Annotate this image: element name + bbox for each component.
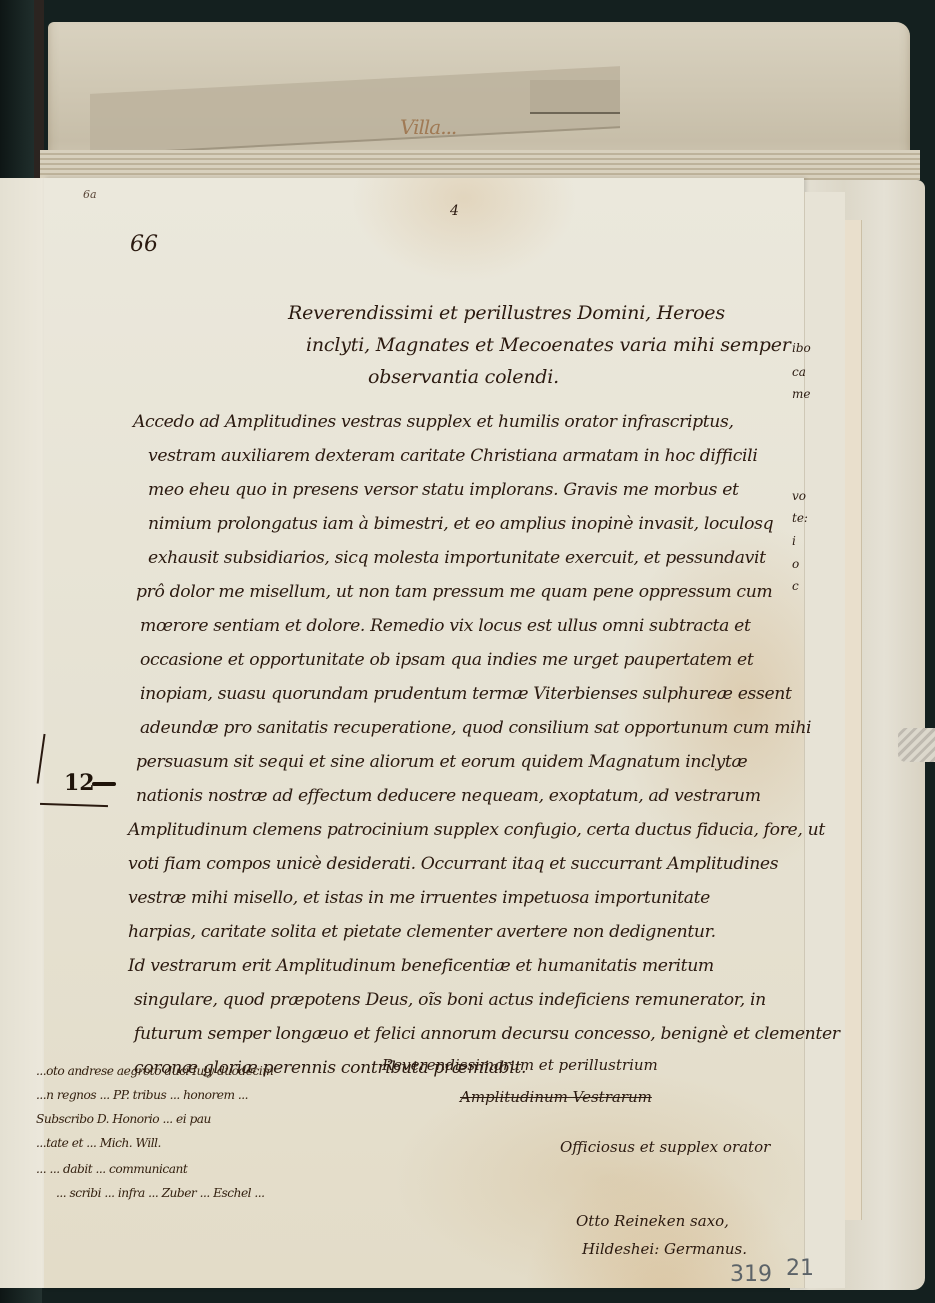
closing-line-1: Reverendissimarum et perillustrium — [382, 1056, 658, 1074]
marginal-note-line: ...n regnos ... PP. tribus ... honorem .… — [36, 1088, 248, 1102]
body-line: exhausit subsidiarios, sicq molesta impo… — [148, 548, 766, 568]
archive-stamp-number: 21 — [786, 1256, 814, 1281]
body-line: meo eheu quo in presens versor statu imp… — [148, 480, 739, 500]
closing-line-3: Officiosus et supplex orator — [560, 1138, 770, 1156]
margin-number: 12 — [64, 770, 95, 796]
margin-dash — [92, 782, 116, 786]
body-line: singulare, quod præpotens Deus, oĩs boni… — [134, 990, 766, 1010]
closing-line-2: Amplitudinum Vestrarum — [460, 1088, 652, 1106]
body-line: occasione et opportunitate ob ipsam qua … — [140, 650, 753, 670]
body-line: prô dolor me misellum, ut non tam pressu… — [136, 582, 772, 602]
body-line: adeundæ pro sanitatis recuperatione, quo… — [140, 718, 811, 738]
corner-mark: 6a — [83, 188, 97, 201]
page-edges — [40, 150, 920, 180]
body-line: nimium prolongatus iam à bimestri, et eo… — [148, 514, 773, 534]
body-line: futurum semper longæuo et felici annorum… — [134, 1024, 840, 1044]
signature-name: Otto Reineken saxo, — [576, 1212, 729, 1230]
marginal-note-line: ...oto andrese aegroto duci Iuly duodeci… — [36, 1064, 273, 1078]
body-line: mœrore sentiam et dolore. Remedio vix lo… — [140, 616, 751, 636]
margin-fragment: ibo — [792, 342, 811, 354]
body-line: vestram auxiliarem dexteram caritate Chr… — [148, 446, 757, 466]
stack-label: Villa... — [400, 115, 456, 139]
torn-fold-piece — [530, 80, 620, 114]
body-line: Id vestrarum erit Amplitudinum beneficen… — [128, 956, 714, 976]
body-line: Amplitudinum clemens patrocinium supplex… — [128, 820, 825, 840]
salutation-line: inclyti, Magnates et Mecoenates varia mi… — [306, 334, 791, 356]
margin-fragment: me — [792, 388, 810, 400]
marginal-note-line: Subscribo D. Honorio ... ei pau — [36, 1112, 211, 1126]
marginal-note-line: ... scribi ... infra ... Zuber ... Esche… — [56, 1186, 265, 1200]
signature-origin: Hildeshei: Germanus. — [582, 1240, 747, 1258]
margin-fragment: i — [792, 535, 796, 547]
margin-fragment: ca — [792, 366, 806, 378]
marginal-note-line: ... ... dabit ... communicant — [36, 1162, 187, 1176]
folio-number: 66 — [130, 232, 158, 257]
binding-cord — [898, 728, 935, 762]
body-line: Accedo ad Amplitudines vestras supplex e… — [133, 412, 734, 432]
inner-leaf — [804, 192, 845, 1288]
salutation-line: observantia colendi. — [368, 366, 559, 388]
body-line: nationis nostræ ad effectum deducere neq… — [136, 786, 761, 806]
top-center-mark: 4 — [450, 203, 459, 219]
body-line: vestræ mihi misello, et istas in me irru… — [128, 888, 710, 908]
body-line: harpias, caritate solita et pietate clem… — [128, 922, 716, 942]
body-line: voti fiam compos unicè desiderati. Occur… — [128, 854, 778, 874]
margin-fragment: o — [792, 558, 799, 570]
margin-fragment: te: — [792, 512, 808, 524]
margin-fragment: c — [792, 580, 799, 592]
salutation-line: Reverendissimi et perillustres Domini, H… — [288, 302, 725, 324]
margin-fragment: vo — [792, 490, 806, 502]
marginal-note-line: ...tate et ... Mich. Will. — [36, 1136, 161, 1150]
archive-stamp-number: 319 — [730, 1262, 772, 1287]
body-line: persuasum sit sequi et sine aliorum et e… — [136, 752, 747, 772]
body-line: inopiam, suasu quorundam prudentum termæ… — [140, 684, 792, 704]
